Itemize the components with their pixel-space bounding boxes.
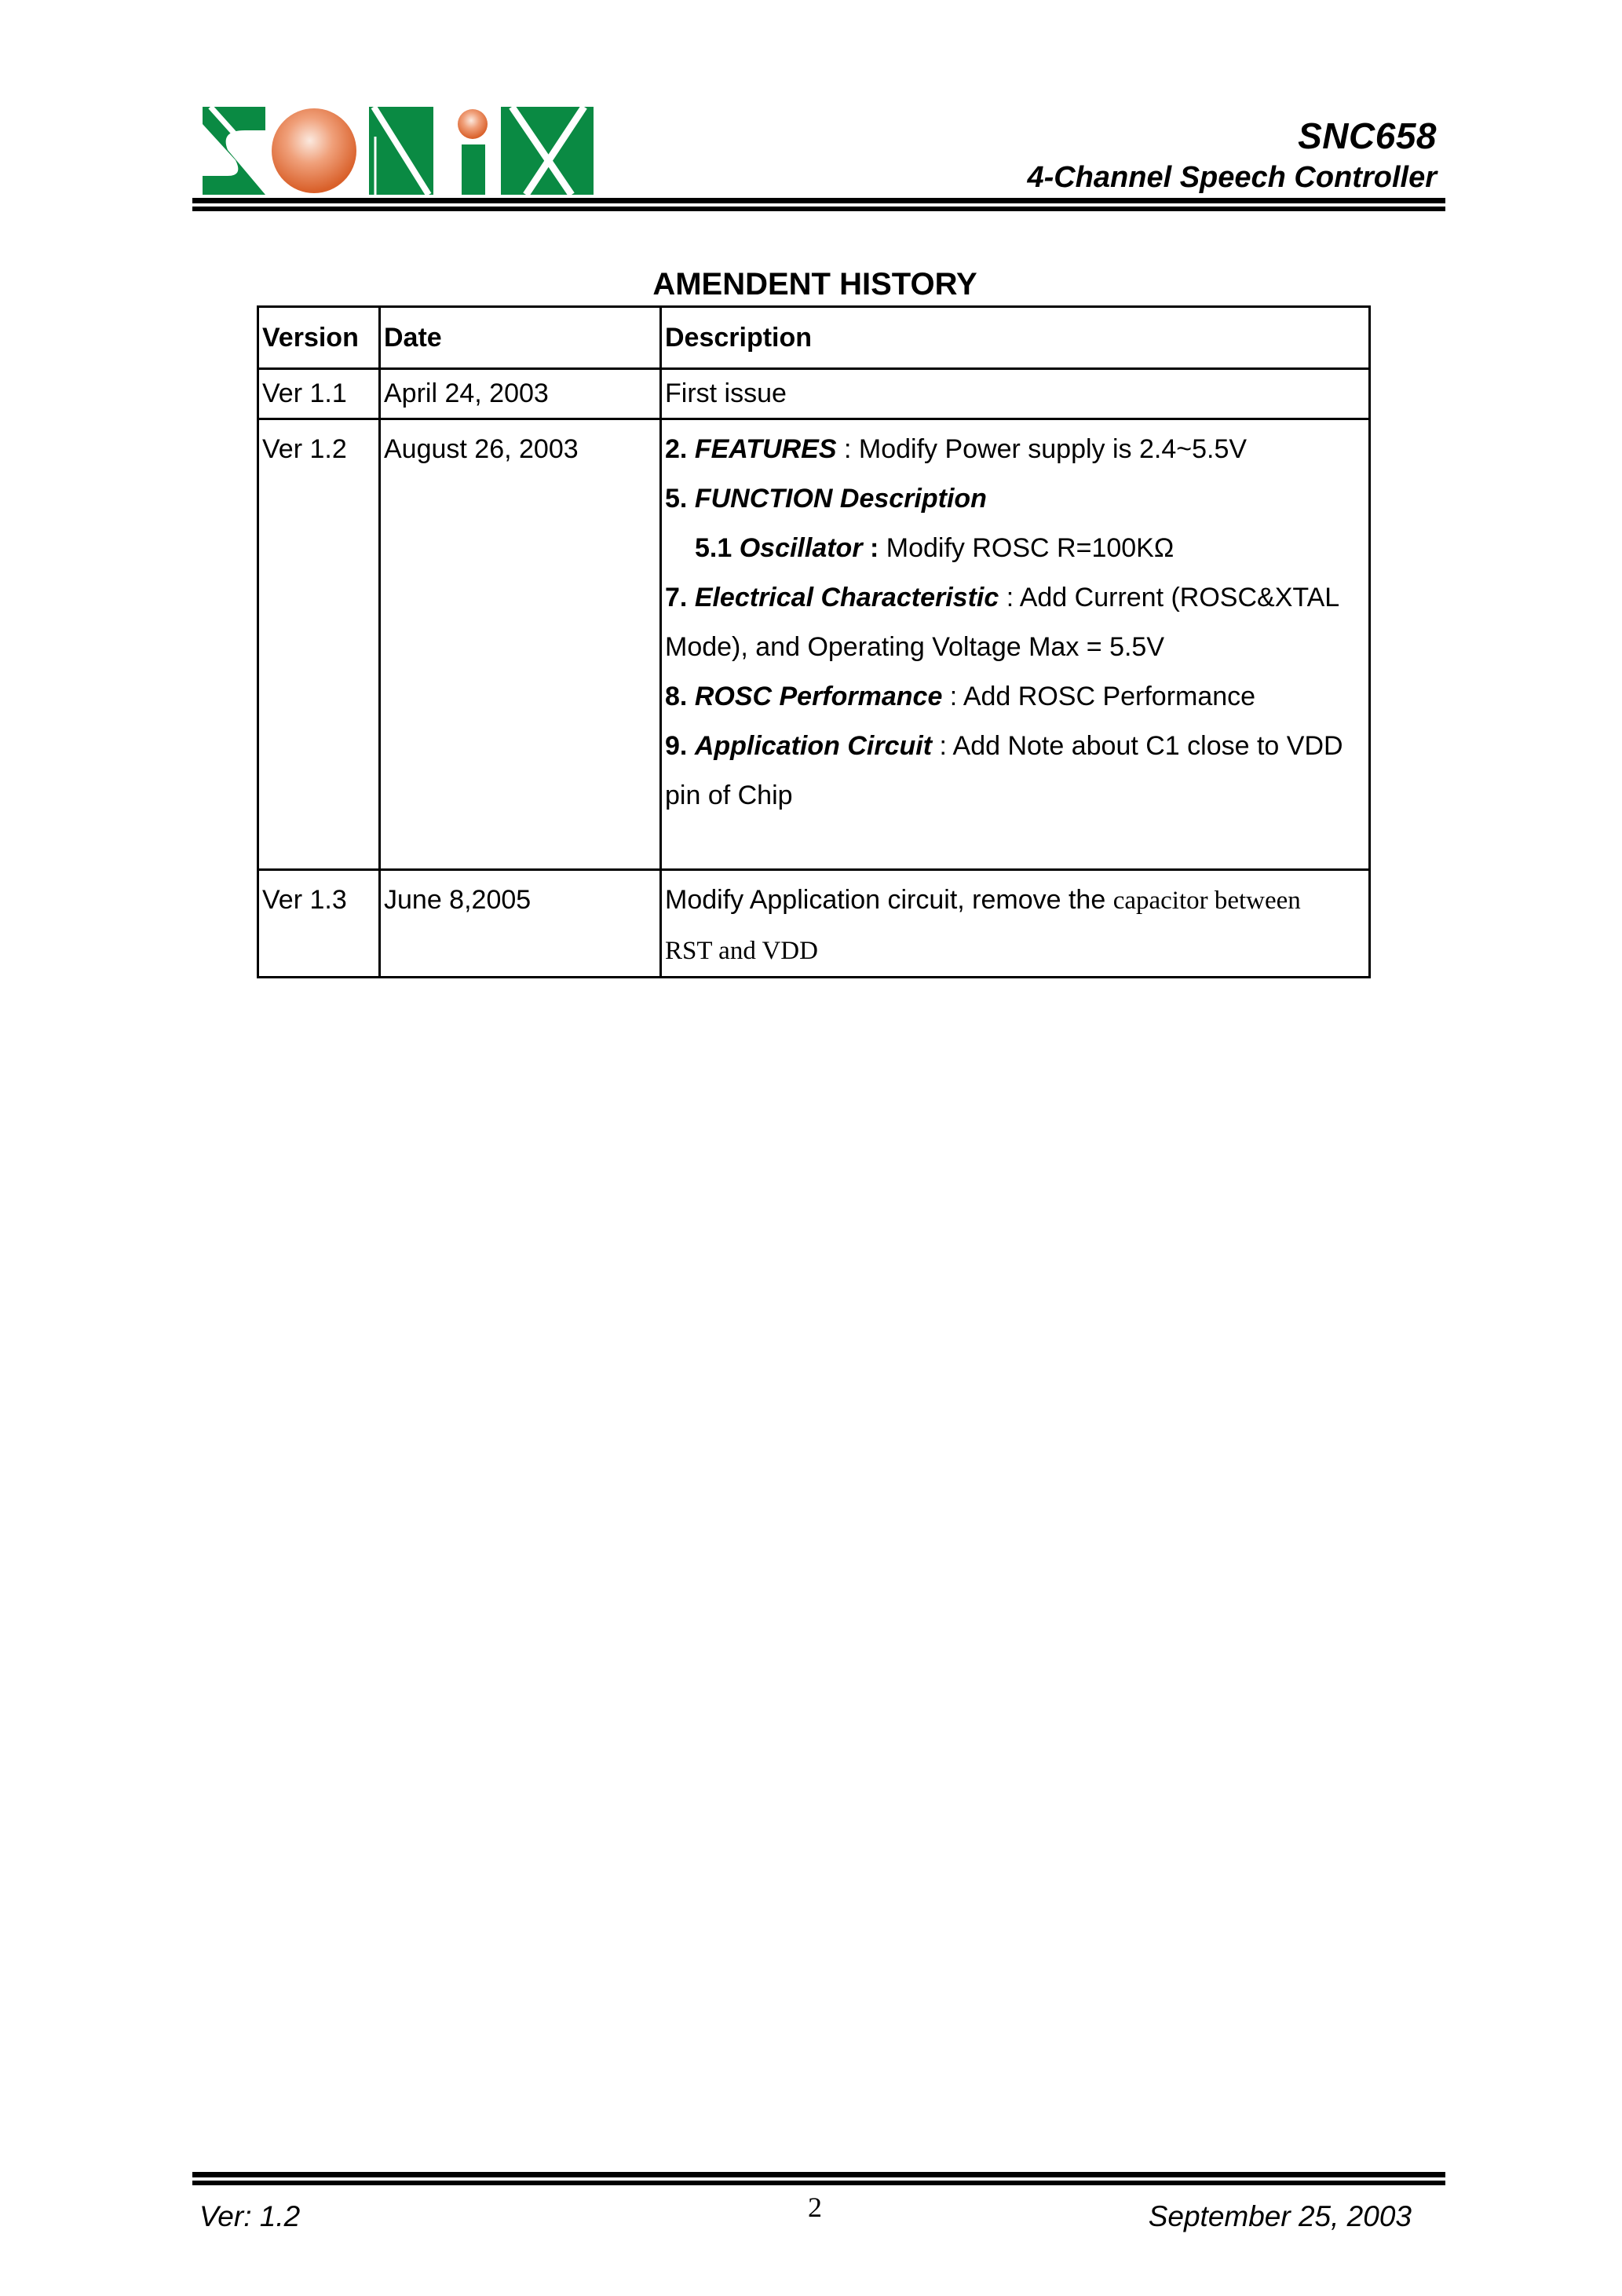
description-text: 7. [665, 583, 695, 612]
description-text: Modify Application circuit, remove the [665, 885, 1113, 915]
section-title: AMENDENT HISTORY [0, 267, 1622, 302]
footer-rule-top [192, 2172, 1445, 2177]
description-text: capacitor between [1113, 887, 1301, 915]
footer-date: September 25, 2003 [1149, 2200, 1412, 2233]
logo-sphere [272, 108, 356, 193]
description-text: : Add Note about C1 close to VDD [932, 731, 1343, 761]
description-line: RST and VDD [665, 926, 1368, 976]
logo-letter-s [203, 107, 265, 195]
description-line: 9. Application Circuit : Add Note about … [665, 722, 1368, 771]
description-line: 2. FEATURES : Modify Power supply is 2.4… [665, 425, 1368, 474]
description-line: Mode), and Operating Voltage Max = 5.5V [665, 623, 1368, 672]
header-rule-bottom [192, 207, 1445, 211]
column-header-description: Description [661, 307, 1370, 369]
cell-version: Ver 1.1 [258, 369, 380, 419]
logo-letter-x [501, 107, 594, 195]
description-text: 2. [665, 434, 695, 464]
cell-version: Ver 1.2 [258, 419, 380, 870]
description-text: pin of Chip [665, 781, 793, 810]
cell-date: April 24, 2003 [380, 369, 661, 419]
cell-description: Modify Application circuit, remove the c… [661, 870, 1370, 978]
description-text: RST and VDD [665, 937, 818, 965]
description-line: 5. FUNCTION Description [665, 474, 1368, 524]
document-title: SNC658 [1298, 115, 1437, 157]
description-text: 5.1 [695, 533, 740, 563]
description-line: 8. ROSC Performance : Add ROSC Performan… [665, 672, 1368, 722]
cell-description: First issue [661, 369, 1370, 419]
cell-date: August 26, 2003 [380, 419, 661, 870]
sonix-logo [196, 107, 597, 195]
description-text: 9. [665, 731, 695, 761]
table-row: Ver 1.1April 24, 2003First issue [258, 369, 1370, 419]
logo-letter-n [369, 107, 433, 195]
table-row: Ver 1.2August 26, 20032. FEATURES : Modi… [258, 419, 1370, 870]
column-header-date: Date [380, 307, 661, 369]
cell-version: Ver 1.3 [258, 870, 380, 978]
description-line: pin of Chip [665, 771, 1368, 821]
description-text: : [863, 533, 886, 563]
header-rule-top [192, 198, 1445, 203]
description-text: : Modify Power supply is 2.4~5.5V [837, 434, 1248, 464]
description-text: FUNCTION Description [695, 484, 987, 514]
document-subtitle: 4-Channel Speech Controller [1027, 161, 1437, 195]
logo-i-dot [458, 109, 488, 139]
description-text: Application Circuit [695, 731, 932, 761]
page-number-text: 2 [808, 2192, 822, 2223]
description-line: First issue [665, 370, 1368, 417]
description-line: 5.1 Oscillator : Modify ROSC R=100KΩ [665, 524, 1368, 573]
table-header-row: Version Date Description [258, 307, 1370, 369]
amendment-history-table: Version Date Description Ver 1.1April 24… [257, 305, 1371, 978]
description-text: 5. [665, 484, 695, 514]
section-title-text: AMENDENT HISTORY [652, 267, 977, 302]
cell-description: 2. FEATURES : Modify Power supply is 2.4… [661, 419, 1370, 870]
description-text: FEATURES [695, 434, 837, 464]
column-header-version: Version [258, 307, 380, 369]
description-text: Oscillator [740, 533, 863, 563]
table-row: Ver 1.3June 8,2005Modify Application cir… [258, 870, 1370, 978]
description-text: 8. [665, 682, 695, 711]
footer-rule-bottom [192, 2181, 1445, 2185]
description-text: ROSC Performance [695, 682, 943, 711]
description-text: Electrical Characteristic [695, 583, 999, 612]
description-text: : Add ROSC Performance [942, 682, 1255, 711]
cell-date: June 8,2005 [380, 870, 661, 978]
description-text: Modify ROSC R=100KΩ [886, 533, 1174, 563]
description-text: : Add Current (ROSC&XTAL [999, 583, 1339, 612]
description-text: First issue [665, 378, 787, 408]
description-text: Mode), and Operating Voltage Max = 5.5V [665, 632, 1164, 662]
description-line: Modify Application circuit, remove the c… [665, 876, 1368, 926]
description-line: 7. Electrical Characteristic : Add Curre… [665, 573, 1368, 623]
